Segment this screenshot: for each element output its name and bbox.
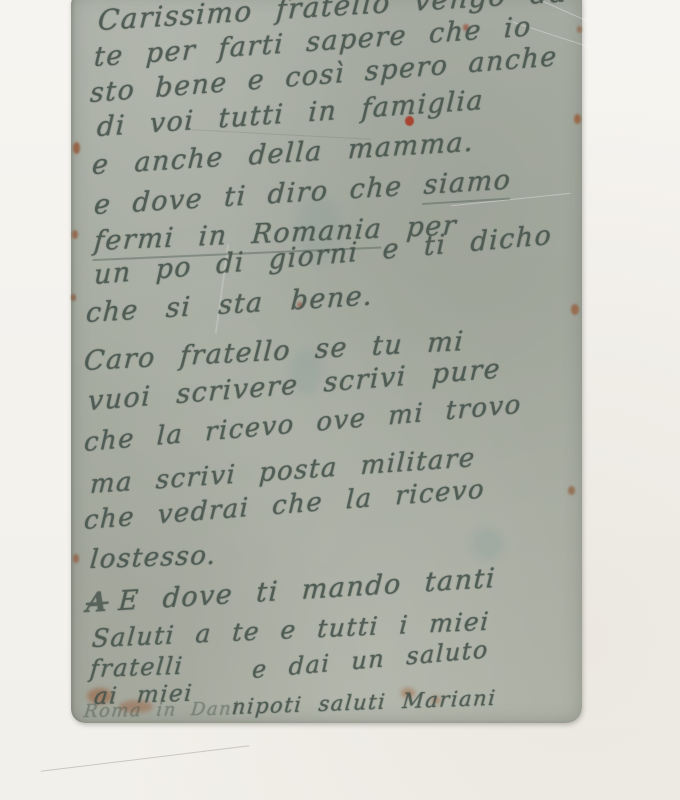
handwritten-line-18: fratelli [89, 652, 185, 683]
line-6-underlined-text: siamo [422, 164, 512, 205]
line-16-struck-letter: A [85, 587, 109, 620]
scanner-bed-crease [41, 745, 250, 772]
foxing-stain [72, 230, 78, 239]
foxing-stain [577, 26, 582, 33]
scanner-background: Carissimo fratello vengo da te per farti… [0, 0, 680, 800]
handwritten-line-15: lostesso. [89, 541, 218, 576]
handwritten-line-22-faint: Roma in Dani [83, 698, 241, 722]
handwritten-line-21: nipoti saluti Mariani [231, 686, 498, 719]
postcard-paper: Carissimo fratello vengo da te per farti… [71, 0, 582, 723]
foxing-stain [568, 486, 575, 495]
foxing-stain [73, 554, 79, 563]
foxing-stain [71, 294, 76, 301]
foxing-stain [73, 142, 80, 154]
foxing-stain [571, 304, 579, 315]
foxing-stain [574, 114, 581, 124]
ink-smudge [471, 529, 503, 559]
